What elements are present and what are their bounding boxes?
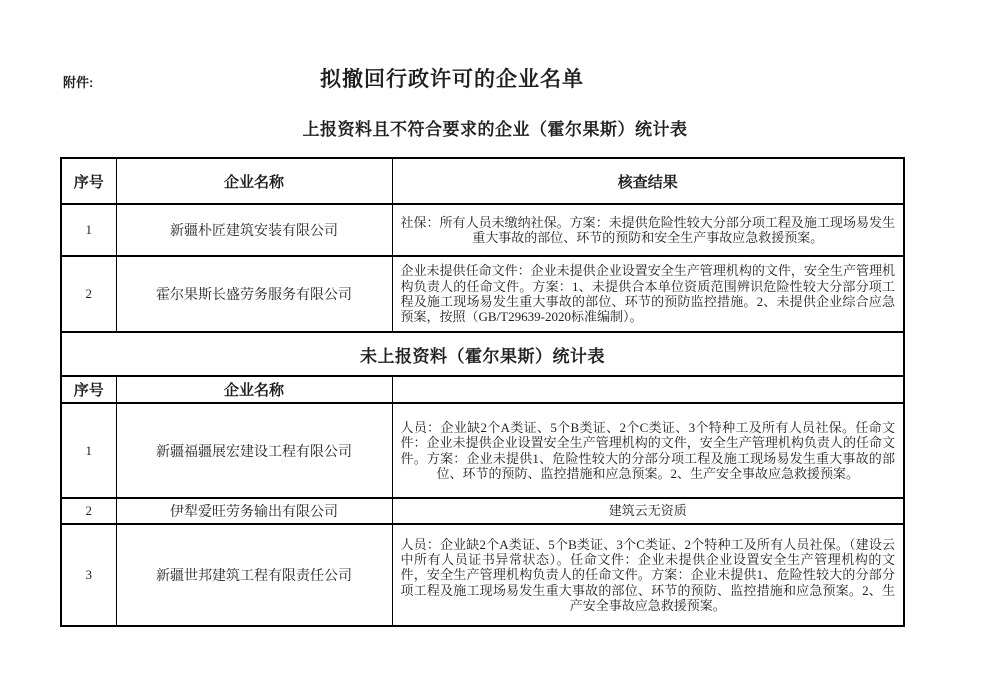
table1-header-result: 核查结果 [392, 158, 904, 204]
table2-header-name: 企业名称 [116, 376, 392, 403]
check-result: 人员：企业缺2个A类证、5个B类证、2个C类证、3个特种工及所有人员社保。任命文… [392, 403, 904, 498]
table1-header-name: 企业名称 [116, 158, 392, 204]
row-index: 2 [61, 498, 116, 524]
check-result: 社保：所有人员未缴纳社保。方案：未提供危险性较大分部分项工程及施工现场易发生重大… [392, 204, 904, 256]
check-result: 企业未提供任命文件：企业未提供企业设置安全生产管理机构的文件，安全生产管理机构负… [392, 256, 904, 332]
company-name: 伊犁爱旺劳务输出有限公司 [116, 498, 392, 524]
table-row: 1 新疆朴匠建筑安装有限公司 社保：所有人员未缴纳社保。方案：未提供危险性较大分… [61, 204, 904, 256]
table1-header-index: 序号 [61, 158, 116, 204]
table1-header-row: 序号 企业名称 核查结果 [61, 158, 904, 204]
row-index: 3 [61, 524, 116, 626]
company-name: 新疆福疆展宏建设工程有限公司 [116, 403, 392, 498]
check-result: 建筑云无资质 [392, 498, 904, 524]
table-row: 1 新疆福疆展宏建设工程有限公司 人员：企业缺2个A类证、5个B类证、2个C类证… [61, 403, 904, 498]
table-row: 2 霍尔果斯长盛劳务服务有限公司 企业未提供任命文件：企业未提供企业设置安全生产… [61, 256, 904, 332]
row-index: 1 [61, 204, 116, 256]
table2-header-index: 序号 [61, 376, 116, 403]
table1-subtitle: 上报资料且不符合要求的企业（霍尔果斯）统计表 [62, 115, 928, 140]
check-result: 人员：企业缺2个A类证、5个B类证、3个C类证、2个特种工及所有人员社保。（建设… [392, 524, 904, 626]
company-name: 新疆世邦建筑工程有限责任公司 [116, 524, 392, 626]
table2-section-row: 未上报资料（霍尔果斯）统计表 [61, 332, 904, 376]
company-name: 霍尔果斯长盛劳务服务有限公司 [116, 256, 392, 332]
page-title: 拟撤回行政许可的企业名单 [62, 63, 842, 93]
table2-header-row: 序号 企业名称 [61, 376, 904, 403]
enterprise-report-table: 序号 企业名称 核查结果 1 新疆朴匠建筑安装有限公司 社保：所有人员未缴纳社保… [60, 157, 905, 627]
table-row: 2 伊犁爱旺劳务输出有限公司 建筑云无资质 [61, 498, 904, 524]
table2-subtitle: 未上报资料（霍尔果斯）统计表 [61, 332, 904, 376]
table-row: 3 新疆世邦建筑工程有限责任公司 人员：企业缺2个A类证、5个B类证、3个C类证… [61, 524, 904, 626]
table2-header-result-empty [392, 376, 904, 403]
row-index: 2 [61, 256, 116, 332]
row-index: 1 [61, 403, 116, 498]
company-name: 新疆朴匠建筑安装有限公司 [116, 204, 392, 256]
